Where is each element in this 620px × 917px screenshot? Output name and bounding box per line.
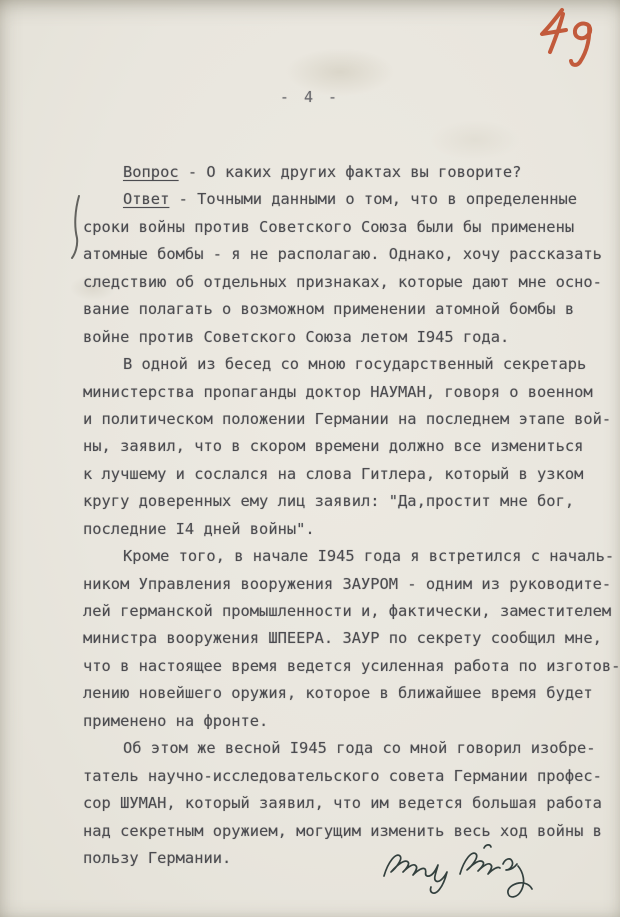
text-line: сор ШУМАН, который заявил, что им ведетс… <box>83 790 613 817</box>
text-line: Кроме того, в начале I945 года я встрети… <box>83 543 613 570</box>
text-line: войне против Советского Союза летом I945… <box>83 324 613 351</box>
underlined-word: Вопрос <box>123 163 179 181</box>
text-line: следствию об отдельных признаках, которы… <box>83 269 613 296</box>
text-line: ны, заявил, что в скором времени должно … <box>83 433 613 460</box>
text-line: вание полагать о возможном применении ат… <box>83 296 613 323</box>
signature <box>372 832 542 912</box>
document-body: Вопрос - О каких других фактах вы говори… <box>83 159 613 872</box>
text-line: применено на фронте. <box>83 708 613 735</box>
text-line: и политическом положении Германии на пос… <box>83 406 613 433</box>
document-page: - 4 - Вопрос - О каких других фактах вы … <box>0 0 620 917</box>
text-line: Вопрос - О каких других фактах вы говори… <box>83 159 613 186</box>
text-line: Ответ - Точными данными о том, что в опр… <box>83 186 613 213</box>
text-line: лению новейшего оружия, которое в ближай… <box>83 680 613 707</box>
text-line: последние I4 дней войны". <box>83 516 613 543</box>
typed-page-number: - 4 - <box>0 88 620 106</box>
text-line: сроки войны против Советского Союза были… <box>83 214 613 241</box>
paper-stain <box>430 120 520 160</box>
handwritten-corner-number <box>528 0 614 76</box>
text-line: кругу доверенных ему лиц заявил: "Да,про… <box>83 488 613 515</box>
text-line: татель научно-исследовательского совета … <box>83 763 613 790</box>
text-line: министерства пропаганды доктор НАУМАН, г… <box>83 379 613 406</box>
text-line: атомные бомбы - я не располагаю. Однако,… <box>83 241 613 268</box>
text-line: к лучшему и сослался на слова Гитлера, к… <box>83 461 613 488</box>
text-line: ником Управления вооружения ЗАУРОМ - одн… <box>83 571 613 598</box>
text-line: министра вооружения ШПЕЕРА. ЗАУР по секр… <box>83 625 613 652</box>
text-line: лей германской промышленности и, фактиче… <box>83 598 613 625</box>
underlined-word: Ответ <box>123 190 169 208</box>
text-line: Об этом же весной I945 года со мной гово… <box>83 735 613 762</box>
text-line: что в настоящее время ведется усиленная … <box>83 653 613 680</box>
text-line: В одной из бесед со мною государственный… <box>83 351 613 378</box>
